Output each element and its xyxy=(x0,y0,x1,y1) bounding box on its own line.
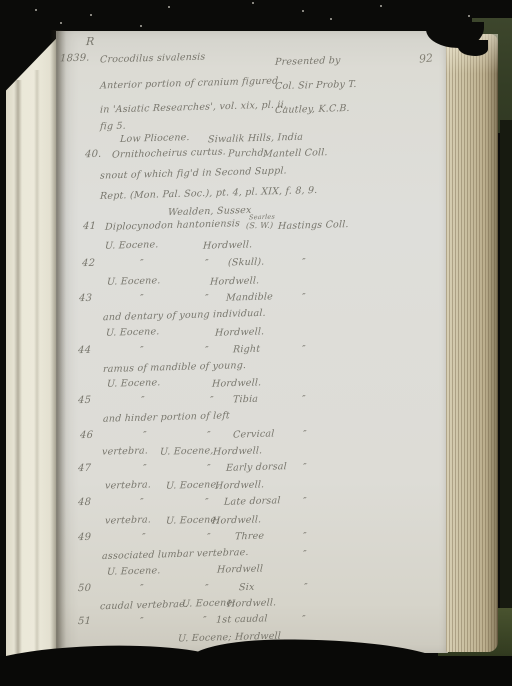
dust-speck xyxy=(302,10,304,12)
foreground-black-band xyxy=(0,656,512,686)
backdrop-olive-right-strip xyxy=(500,120,512,620)
dust-speck xyxy=(468,15,470,17)
dust-speck xyxy=(60,22,62,24)
page-stack-fore-edge xyxy=(446,34,498,652)
dust-speck xyxy=(330,18,332,20)
register-page xyxy=(56,31,448,653)
facing-page-crease xyxy=(14,80,22,680)
dust-speck xyxy=(35,9,37,11)
dust-speck xyxy=(252,2,254,4)
photographed-register-page: 92 R1839.Crocodilus sivalensisPresented … xyxy=(0,0,512,686)
dust-speck xyxy=(168,6,170,8)
dust-speck xyxy=(90,14,92,16)
dust-speck xyxy=(140,25,142,27)
facing-page-crease xyxy=(34,70,40,680)
book-gutter-shadow xyxy=(50,30,66,656)
dust-speck xyxy=(380,5,382,7)
page-number: 92 xyxy=(418,51,433,65)
